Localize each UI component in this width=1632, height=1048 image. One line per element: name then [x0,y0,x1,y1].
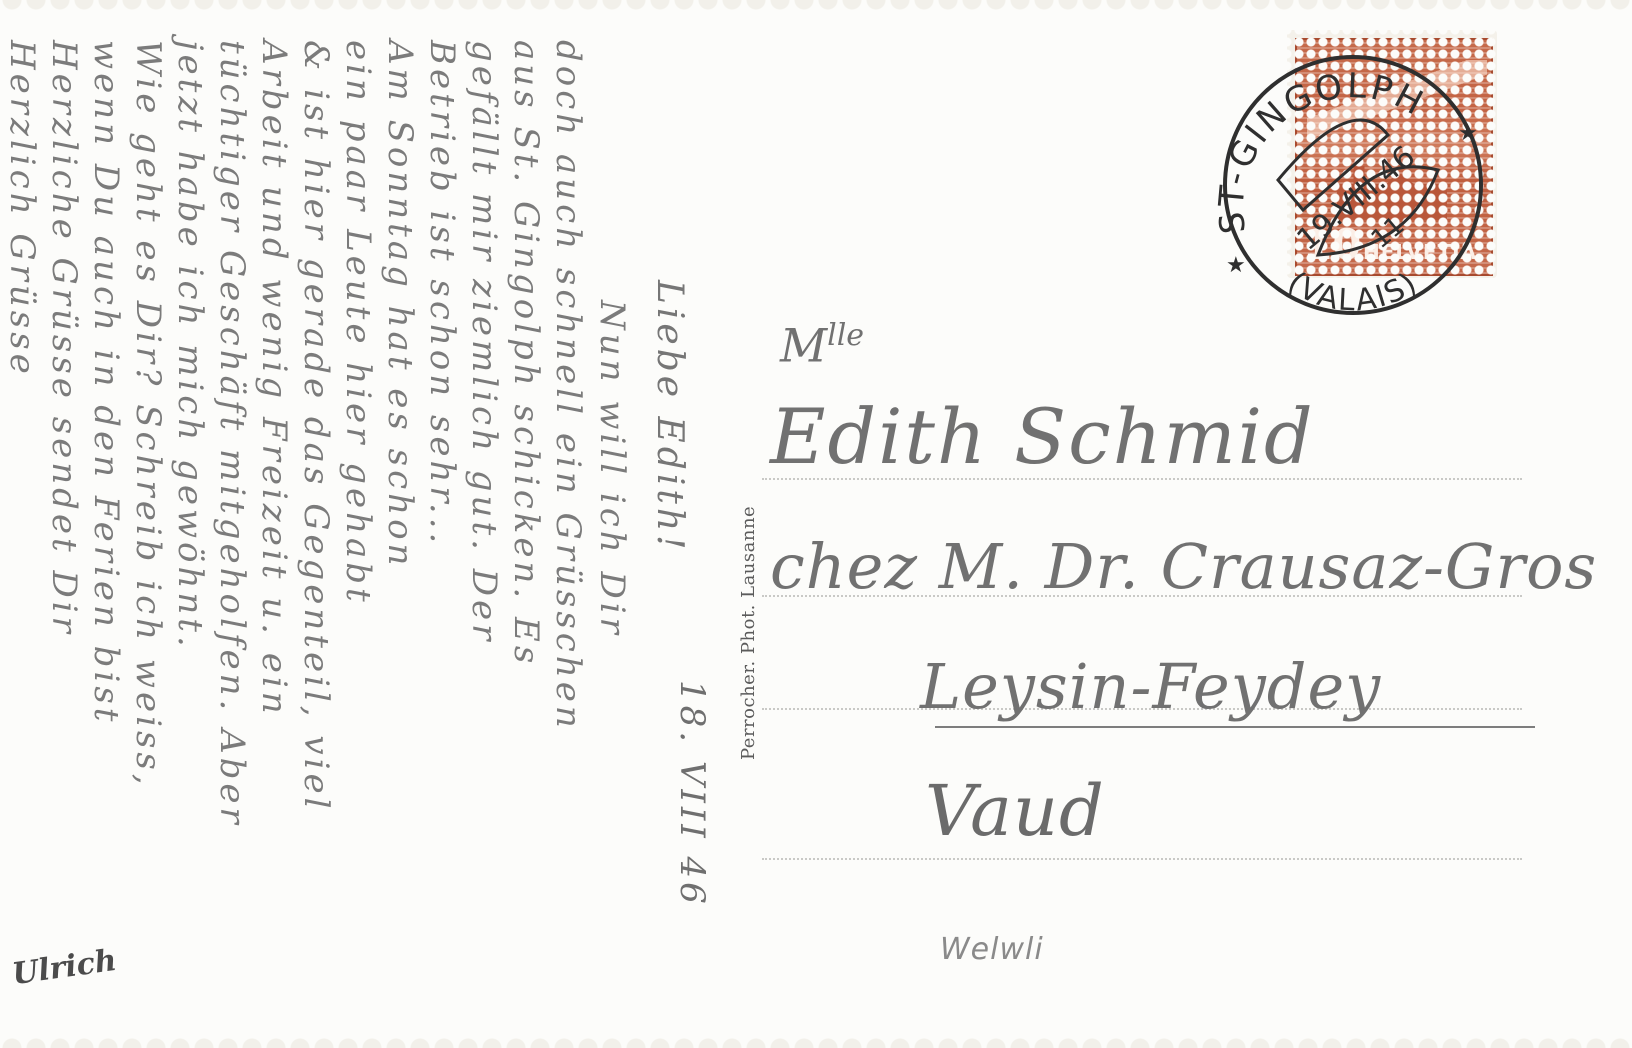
message-line: wenn Du auch in den Ferien bist [86,40,126,725]
pencil-note: Welwli [940,932,1044,967]
message-line: aus St. Gingolph schicken. Es [506,40,546,667]
message-greeting: Liebe Edith! [649,280,690,553]
address-title-suffix: lle [827,318,864,353]
message-line: Nun will ich Dir [592,300,632,638]
message-line: Herzlich Grüsse [2,40,42,378]
postcard: Nun will ich Dir doch auch schnell ein G… [0,0,1632,1048]
message-line: Herzliche Grüsse sendet Dir [44,40,84,637]
address-name: Edith Schmid [770,392,1315,481]
postmark-icon: ST-GINGOLPH (VALAIS) 19.VIII.46 11 ★ ★ [1208,40,1498,330]
message-line: ein paar Leute hier gehabt [338,40,378,606]
postmark-region: (VALAIS) [1281,265,1425,319]
message-line: gefällt mir ziemlich gut. Der [464,40,504,644]
address-title: Mlle [780,318,864,372]
postmark-cancellation: ST-GINGOLPH (VALAIS) 19.VIII.46 11 ★ ★ [1208,40,1498,330]
message-signature: Ulrich [10,943,119,992]
message-line: Arbeit und wenig Freizeit u. ein [254,40,294,718]
message-line: doch auch schnell ein Grüsschen [548,40,588,732]
message-line: tüchtiger Geschäft mitgeholfen. Aber [212,40,252,828]
address-town-underline [935,726,1535,728]
address-rule [762,858,1522,860]
address-title-main: M [780,318,827,372]
svg-text:(VALAIS): (VALAIS) [1281,265,1425,319]
message-line: jetzt habe ich mich gewöhnt. [170,40,210,651]
postmark-star-icon: ★ [1458,121,1478,146]
photographer-credit: Perrocher. Phot. Lausanne [738,506,759,760]
message-line: Am Sonntag hat es schon [380,40,420,569]
address-town: Leysin-Feydey [920,650,1381,723]
postmark-time: 11 [1366,211,1411,255]
message-line: & ist hier gerade das Gegenteil, viel [296,40,336,813]
handwritten-message: Nun will ich Dir doch auch schnell ein G… [0,0,720,1048]
message-line: Betrieb ist schon sehr... [422,40,462,547]
address-care-of: chez M. Dr. Crausaz-Gros [770,530,1597,603]
message-line: Wie geht es Dir? Schreib ich weiss, [128,40,168,789]
postmark-star-icon: ★ [1226,253,1246,278]
message-date: 18. VIII 46 [672,680,712,908]
address-canton: Vaud [925,770,1105,852]
